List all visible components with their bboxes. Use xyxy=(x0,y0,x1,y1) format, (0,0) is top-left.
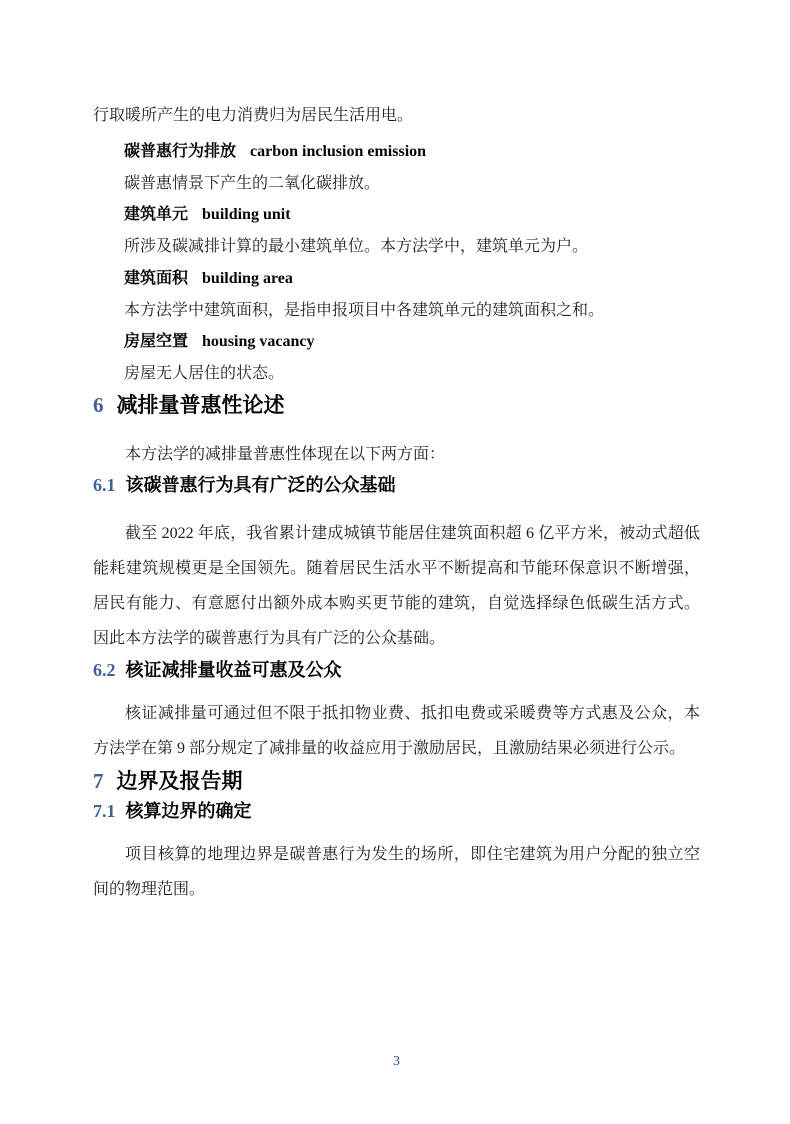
section-title: 核证减排量收益可惠及公众 xyxy=(126,660,342,680)
section-7-1-paragraph: 项目核算的地理边界是碳普惠行为发生的场所，即住宅建筑为用户分配的独立空间的物理范… xyxy=(93,837,700,907)
term-en: carbon inclusion emission xyxy=(250,143,426,160)
section-number: 6.2 xyxy=(93,660,116,680)
section-7-heading: 7边界及报告期 xyxy=(93,766,700,797)
section-6-intro: 本方法学的减排量普惠性体现在以下两方面： xyxy=(93,439,700,471)
section-number: 7 xyxy=(93,769,104,793)
section-title: 核算边界的确定 xyxy=(126,801,252,821)
term-zh: 建筑单元 xyxy=(124,206,188,223)
term-definition: 碳普惠情景下产生的二氧化碳排放。 xyxy=(93,168,700,200)
term-zh: 建筑面积 xyxy=(124,270,188,287)
term-heading-building-area: 建筑面积building area xyxy=(93,263,700,295)
term-heading-carbon-inclusion-emission: 碳普惠行为排放carbon inclusion emission xyxy=(93,136,700,168)
section-6-2-paragraph: 核证减排量可通过但不限于抵扣物业费、抵扣电费或采暖费等方式惠及公众，本方法学在第… xyxy=(93,696,700,766)
section-title: 该碳普惠行为具有广泛的公众基础 xyxy=(126,475,396,495)
term-heading-building-unit: 建筑单元building unit xyxy=(93,199,700,231)
term-zh: 碳普惠行为排放 xyxy=(124,143,236,160)
term-en: housing vacancy xyxy=(202,333,314,350)
paragraph-continuation: 行取暖所产生的电力消费归为居民生活用电。 xyxy=(93,100,700,132)
document-page: 行取暖所产生的电力消费归为居民生活用电。 碳普惠行为排放carbon inclu… xyxy=(0,0,790,1124)
section-7-1-heading: 7.1核算边界的确定 xyxy=(93,797,700,825)
term-definition: 所涉及碳减排计算的最小建筑单位。本方法学中，建筑单元为户。 xyxy=(93,231,700,263)
section-number: 6 xyxy=(93,393,104,417)
section-title: 减排量普惠性论述 xyxy=(117,394,285,417)
term-definition: 房屋无人居住的状态。 xyxy=(93,358,700,390)
section-6-1-paragraph: 截至 2022 年底，我省累计建成城镇节能居住建筑面积超 6 亿平方米，被动式超… xyxy=(93,516,700,656)
term-en: building area xyxy=(202,270,293,287)
terms-section: 碳普惠行为排放carbon inclusion emission 碳普惠情景下产… xyxy=(93,136,700,390)
term-en: building unit xyxy=(202,206,291,223)
section-6-heading: 6减排量普惠性论述 xyxy=(93,390,700,421)
term-definition: 本方法学中建筑面积，是指申报项目中各建筑单元的建筑面积之和。 xyxy=(93,295,700,327)
section-6-2-heading: 6.2核证减排量收益可惠及公众 xyxy=(93,656,700,684)
section-6-1-heading: 6.1该碳普惠行为具有广泛的公众基础 xyxy=(93,471,700,499)
page-number: 3 xyxy=(93,1052,700,1070)
section-title: 边界及报告期 xyxy=(117,770,243,793)
section-number: 7.1 xyxy=(93,801,116,821)
term-zh: 房屋空置 xyxy=(124,333,188,350)
page-content: 行取暖所产生的电力消费归为居民生活用电。 碳普惠行为排放carbon inclu… xyxy=(93,0,700,907)
section-number: 6.1 xyxy=(93,475,116,495)
term-heading-housing-vacancy: 房屋空置housing vacancy xyxy=(93,326,700,358)
